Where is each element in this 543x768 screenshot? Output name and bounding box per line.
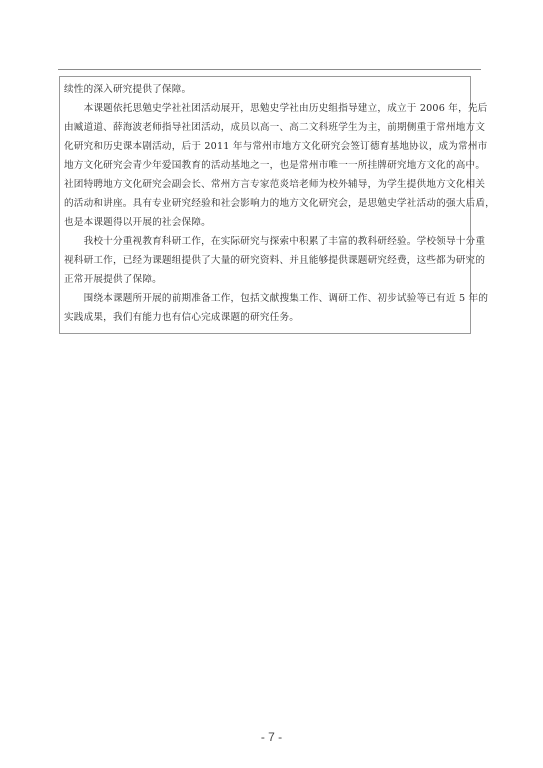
text-line: 由臧道道、薛海波老师指导社团活动，成员以高一、高二文科班学生为主，前期侧重于常州… xyxy=(64,122,468,134)
text-line: 的活动和讲座。具有专业研究经验和社会影响力的地方文化研究会，是思勉史学社活动的强… xyxy=(64,198,468,210)
text-line: 实践成果，我们有能力也有信心完成课题的研究任务。 xyxy=(64,312,468,324)
text-line: 化研究和历史课本剧活动，后于 2011 年与常州市地方文化研究会签订德育基地协议… xyxy=(64,141,468,153)
text-line: 续性的深入研究提供了保障。 xyxy=(64,84,468,96)
text-line: 社团特聘地方文化研究会副会长、常州方言专家范炎培老师为校外辅导，为学生提供地方文… xyxy=(64,179,468,191)
text-line: 也是本课题得以开展的社会保障。 xyxy=(64,217,468,229)
page-number: - 7 - xyxy=(0,730,543,744)
text-line: 围绕本课题所开展的前期准备工作，包括文献搜集工作、调研工作、初步试验等已有近 5… xyxy=(64,293,468,305)
content-box: 续性的深入研究提供了保障。 本课题依托思勉史学社社团活动展开，思勉史学社由历史组… xyxy=(59,76,471,334)
text-line: 我校十分重视教育科研工作，在实际研究与探索中积累了丰富的教科研经验。学校领导十分… xyxy=(64,236,468,248)
text-line: 正常开展提供了保障。 xyxy=(64,274,468,286)
text-line: 地方文化研究会青少年爱国教育的活动基地之一，也是常州市唯一一所挂牌研究地方文化的… xyxy=(64,160,468,172)
text-line: 视科研工作，已经为课题组提供了大量的研究资料、并且能够提供课题研究经费，这些都为… xyxy=(64,255,468,267)
text-line: 本课题依托思勉史学社社团活动展开，思勉史学社由历史组指导建立，成立于 2006 … xyxy=(64,103,468,115)
header-rule xyxy=(58,69,481,70)
